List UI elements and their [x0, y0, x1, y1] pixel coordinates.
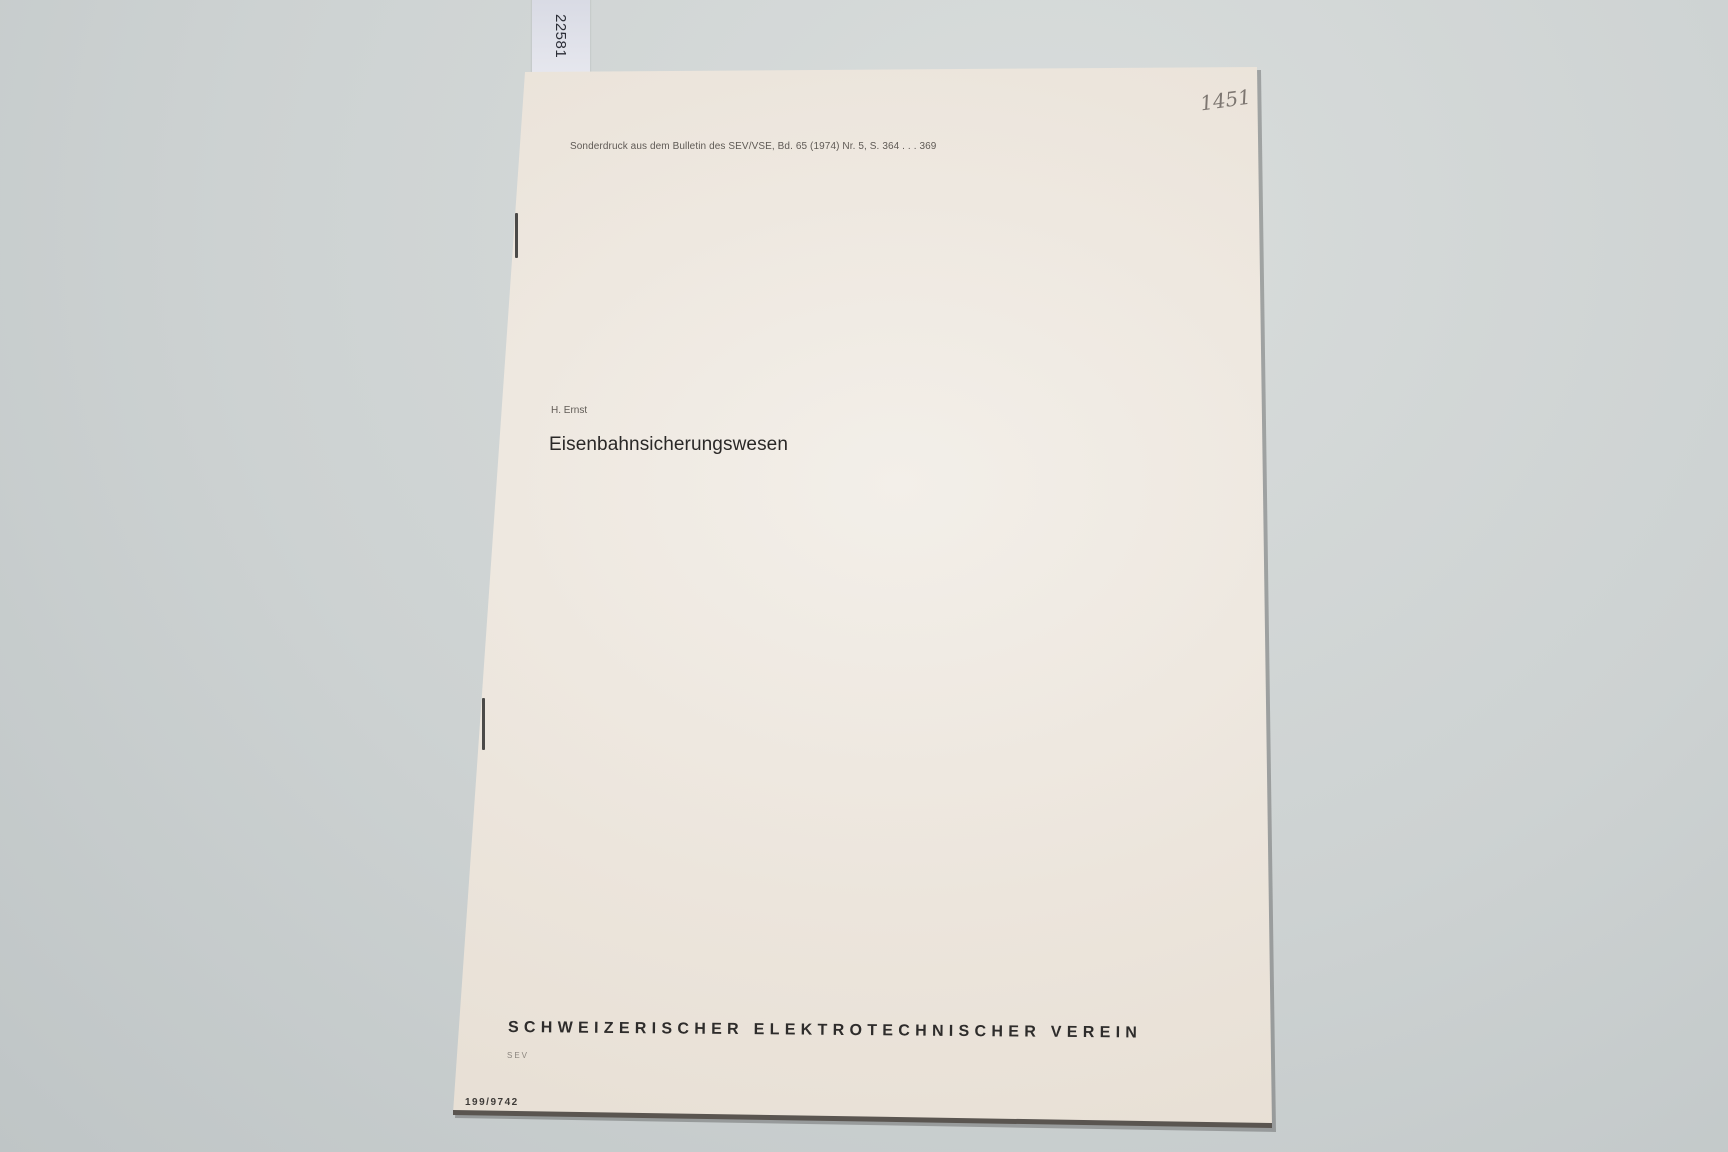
sticker-number: 22581 — [552, 14, 569, 58]
catalog-number: 199/9742 — [465, 1097, 519, 1108]
publisher-abbreviation: SEV — [507, 1051, 529, 1060]
document-title: Eisenbahnsicherungswesen — [549, 434, 788, 456]
staple-icon — [515, 213, 518, 258]
library-sticker: 22581 — [532, 0, 590, 74]
author: H. Ernst — [551, 405, 587, 416]
staple-icon — [482, 698, 485, 750]
document-cover — [0, 0, 1728, 1152]
reprint-header: Sonderdruck aus dem Bulletin des SEV/VSE… — [570, 141, 936, 152]
